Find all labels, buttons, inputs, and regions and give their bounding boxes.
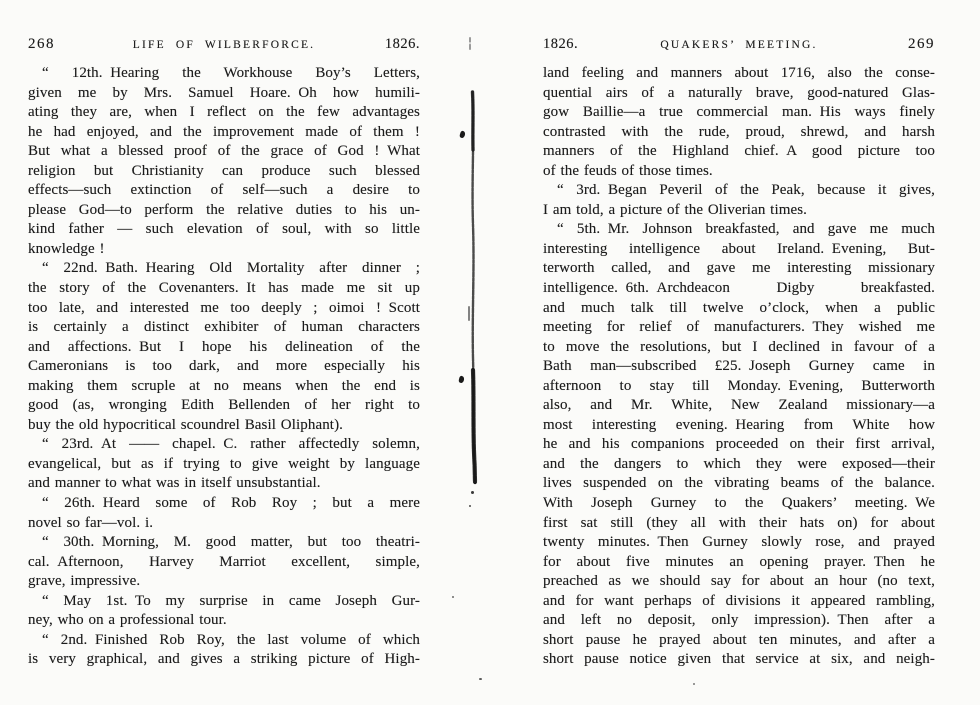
gutter-shadow-artifact — [466, 90, 482, 485]
text-line: and the dangers to which they were expos… — [543, 455, 935, 475]
paragraph: “ 2nd. Finished Rob Roy, the last volume… — [28, 631, 420, 670]
text-line: ating they are, when I reflect on the fe… — [28, 103, 420, 123]
text-line: most interesting evening. Hearing from W… — [543, 416, 935, 436]
text-line: buy the old hypocritical scoundrel Basil… — [28, 416, 420, 436]
text-line: is certainly a distinct exhibiter of hum… — [28, 318, 420, 338]
text-line: terworth called, and gave me interesting… — [543, 259, 935, 279]
left-page-text: “ 12th. Hearing the Workhouse Boy’s Lett… — [28, 64, 420, 670]
text-line: short pause he prayed about ten minutes,… — [543, 631, 935, 651]
left-page-number: 268 — [28, 36, 92, 53]
text-line: contrasted with the rude, proud, shrewd,… — [543, 123, 935, 143]
gutter-streak-bottom — [473, 370, 475, 482]
paragraph: land feeling and manners about 1716, als… — [543, 64, 935, 181]
text-line: of the feuds of those times. — [543, 162, 935, 182]
text-line: effects—such extinction of self—such a d… — [28, 181, 420, 201]
text-line: to move the resolutions, but I declined … — [543, 338, 935, 358]
text-line: “ 23rd. At —— chapel. C. rather affected… — [28, 435, 420, 455]
right-header-year: 1826. — [543, 36, 607, 53]
left-running-title: LIFE OF WILBERFORCE. — [92, 39, 356, 51]
left-page-header: 268 LIFE OF WILBERFORCE. 1826. — [28, 36, 420, 53]
gutter-streak-top — [473, 92, 474, 150]
text-line: and for want perhaps of divisions it app… — [543, 592, 935, 612]
text-line: lives suspended on the vibrating beams o… — [543, 474, 935, 494]
text-line: the story of the Covenanters. It has mad… — [28, 279, 420, 299]
scan-speck — [469, 505, 471, 507]
text-line: kind father — such elevation of soul, wi… — [28, 220, 420, 240]
text-line: meeting for relief of manufacturers. The… — [543, 318, 935, 338]
text-line: “ 5th. Mr. Johnson breakfasted, and gave… — [543, 220, 935, 240]
text-line: quential airs of a naturally brave, good… — [543, 84, 935, 104]
right-page-number: 269 — [871, 36, 935, 53]
text-line: also, and Mr. White, New Zealand mission… — [543, 396, 935, 416]
text-line: grave, impressive. — [28, 572, 420, 592]
text-line: short pause notice given that service at… — [543, 650, 935, 670]
text-line: Bath man—subscribed £25. Joseph Gurney c… — [543, 357, 935, 377]
text-line: knowledge ! — [28, 240, 420, 260]
right-running-title: QUAKERS’ MEETING. — [607, 39, 871, 51]
paragraph: “ 12th. Hearing the Workhouse Boy’s Lett… — [28, 64, 420, 259]
text-line: is very graphical, and gives a striking … — [28, 650, 420, 670]
text-line: But what a blessed proof of the grace of… — [28, 142, 420, 162]
scan-speck — [479, 678, 482, 680]
text-line: novel so far—vol. i. — [28, 514, 420, 534]
text-line: “ 22nd. Bath. Hearing Old Mortality afte… — [28, 259, 420, 279]
text-line: “ 26th. Heard some of Rob Roy ; but a me… — [28, 494, 420, 514]
text-line: “ 2nd. Finished Rob Roy, the last volume… — [28, 631, 420, 651]
scan-speck — [471, 491, 474, 494]
scan-speck — [693, 683, 695, 685]
text-line: please God—to perform the relative dutie… — [28, 201, 420, 221]
text-line: religion but Christianity can produce su… — [28, 162, 420, 182]
scan-speck — [459, 130, 466, 138]
text-line: first sat still (they all with their hat… — [543, 514, 935, 534]
text-line: twenty minutes. Then Gurney slowly rose,… — [543, 533, 935, 553]
text-line: afternoon to stay till Monday. Evening, … — [543, 377, 935, 397]
paragraph: “ 26th. Heard some of Rob Roy ; but a me… — [28, 494, 420, 533]
scan-speck — [458, 375, 465, 383]
text-line: ney, who on a professional tour. — [28, 611, 420, 631]
text-line: manners of the Highland chief. A good pi… — [543, 142, 935, 162]
text-line: given me by Mrs. Samuel Hoare. Oh how hu… — [28, 84, 420, 104]
paragraph: “ May 1st. To my surprise in came Joseph… — [28, 592, 420, 631]
text-line: cal. Afternoon, Harvey Marriot excellent… — [28, 553, 420, 573]
text-line: Cameronians is too dark, and more especi… — [28, 357, 420, 377]
text-line: he and his companions proceeded on their… — [543, 435, 935, 455]
text-line: preached as we should say for about an h… — [543, 572, 935, 592]
text-line: gow Baillie—a true commercial man. His w… — [543, 103, 935, 123]
text-line: for about five minutes an opening prayer… — [543, 553, 935, 573]
scan-speck — [452, 596, 454, 598]
paragraph: “ 3rd. Began Peveril of the Peak, becaus… — [543, 181, 935, 220]
right-page-header: 1826. QUAKERS’ MEETING. 269 — [543, 36, 935, 53]
text-line: interesting intelligence about Ireland. … — [543, 240, 935, 260]
text-line: and affections. But I hope his delineati… — [28, 338, 420, 358]
scan-speck — [468, 306, 470, 321]
text-line: intelligence. 6th. Archdeacon Digby brea… — [543, 279, 935, 299]
left-header-year: 1826. — [356, 36, 420, 53]
right-page: 1826. QUAKERS’ MEETING. 269 land feeling… — [543, 36, 935, 670]
paragraph: “ 23rd. At —— chapel. C. rather affected… — [28, 435, 420, 494]
text-line: “ 3rd. Began Peveril of the Peak, becaus… — [543, 181, 935, 201]
text-line: land feeling and manners about 1716, als… — [543, 64, 935, 84]
text-line: and left no deposit, only impression). T… — [543, 611, 935, 631]
text-line: evangelical, but as if trying to give we… — [28, 455, 420, 475]
left-page: 268 LIFE OF WILBERFORCE. 1826. “ 12th. H… — [28, 36, 420, 670]
book-scan: { "book": { "colors": { "paper": "#fbfbf… — [0, 0, 980, 705]
text-line: I am told, a picture of the Oliverian ti… — [543, 201, 935, 221]
text-line: With Joseph Gurney to the Quakers’ meeti… — [543, 494, 935, 514]
paragraph: “ 22nd. Bath. Hearing Old Mortality afte… — [28, 259, 420, 435]
paragraph: “ 5th. Mr. Johnson breakfasted, and gave… — [543, 220, 935, 670]
scan-speck — [469, 37, 471, 50]
paragraph: “ 30th. Morning, M. good matter, but too… — [28, 533, 420, 592]
text-line: good (as, wronging Edith Bellenden of he… — [28, 396, 420, 416]
text-line: and manner to what was in itself unsubst… — [28, 474, 420, 494]
right-page-text: land feeling and manners about 1716, als… — [543, 64, 935, 670]
text-line: too late, and interested me too deeply ;… — [28, 299, 420, 319]
text-line: “ 12th. Hearing the Workhouse Boy’s Lett… — [28, 64, 420, 84]
text-line: “ 30th. Morning, M. good matter, but too… — [28, 533, 420, 553]
text-line: making them scruple at no means when the… — [28, 377, 420, 397]
text-line: “ May 1st. To my surprise in came Joseph… — [28, 592, 420, 612]
text-line: he had enjoyed, and the improvement made… — [28, 123, 420, 143]
text-line: and much talk till twelve o’clock, when … — [543, 299, 935, 319]
